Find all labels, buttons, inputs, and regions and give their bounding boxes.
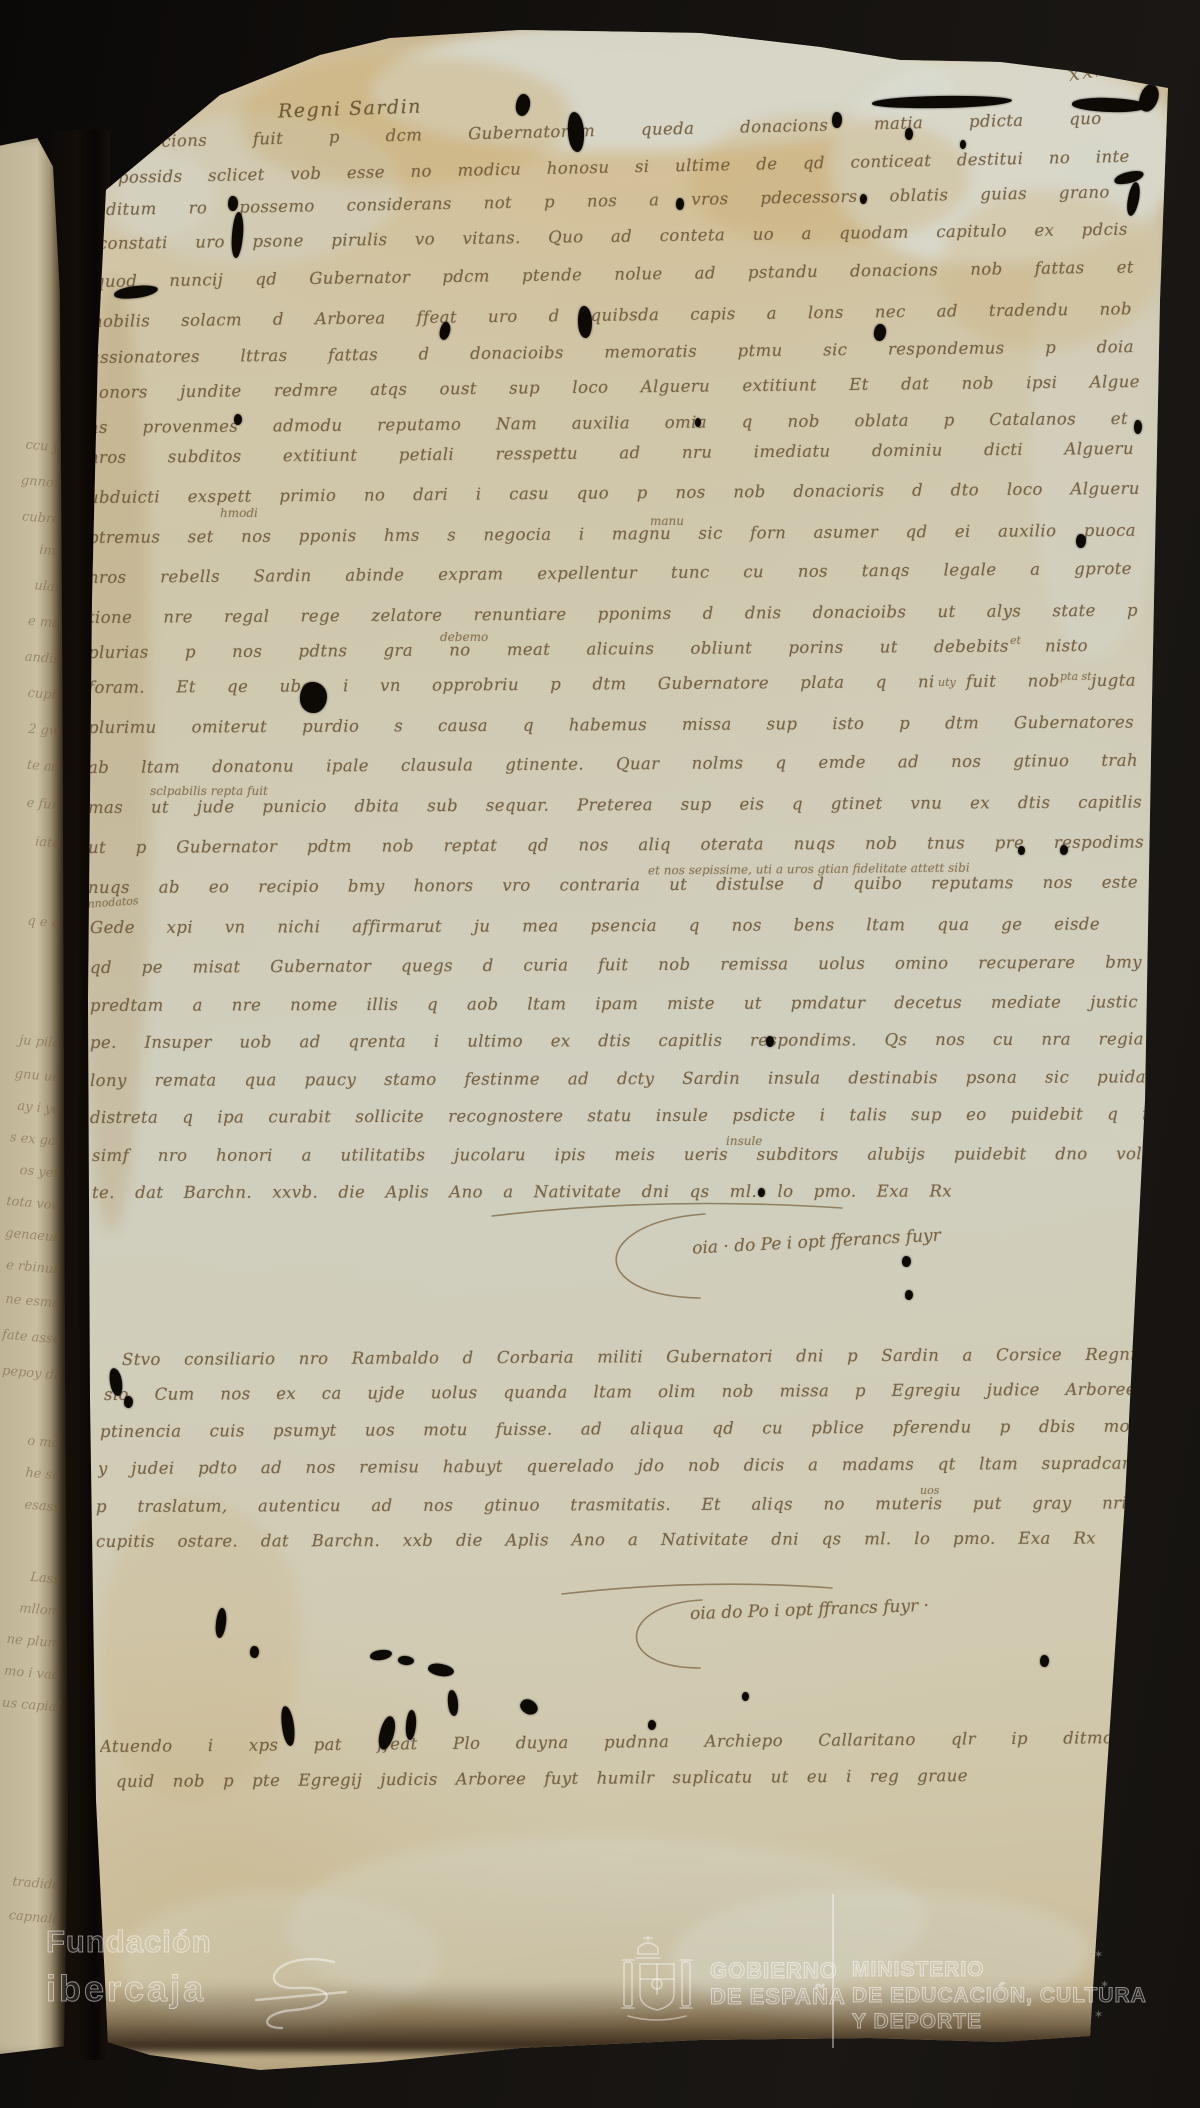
registration-note-2: oia do Po i opt ffrancs fuyr · xyxy=(690,1592,1042,1624)
ink-blot xyxy=(1040,1655,1049,1667)
ink-blot xyxy=(676,198,684,210)
bottom-edge-stain xyxy=(95,1982,1100,2052)
interlinear-note: ssy xyxy=(167,43,187,59)
manuscript-line: Gede xpi vn nichi affirmarut ju mea psen… xyxy=(90,914,1100,945)
manuscript-line: p traslatum, autenticu ad nos gtinuo tra… xyxy=(96,1493,1136,1524)
manuscript-line: tione nre regal rege zelatore renuntiare… xyxy=(88,601,1138,635)
ink-blot xyxy=(1134,420,1142,434)
manuscript-line: distreta q ipa curabit sollicite recogno… xyxy=(90,1104,1148,1135)
ink-blot xyxy=(832,112,842,128)
watermark-star-icon: ✶ xyxy=(1094,2008,1103,2021)
interlinear-note: sclpabilis repta fuit xyxy=(150,784,268,798)
ink-blot xyxy=(648,1720,656,1730)
ink-blot xyxy=(234,414,242,425)
ink-blot xyxy=(1018,846,1025,855)
manuscript-line: plurimu omiterut purdio s causa q habemu… xyxy=(88,713,1134,745)
interlinear-note: uos xyxy=(920,1484,939,1497)
ink-blot xyxy=(300,682,327,713)
ink-blot xyxy=(398,1655,415,1666)
manuscript-line: plurias p nos pdtns gra no meat alicuins… xyxy=(88,636,1088,670)
ink-blot xyxy=(447,1690,460,1717)
manuscript-line: predtam a nre nome illis q aob ltam ipam… xyxy=(90,992,1138,1023)
manuscript-line: ab ltam donatonu ipale clausula gtinente… xyxy=(88,751,1138,785)
ink-blot xyxy=(902,1256,911,1267)
interlinear-note: hmodi xyxy=(220,506,258,520)
manuscript-line: Stvo consiliario nro Rambaldo d Corbaria… xyxy=(122,1345,1136,1377)
manuscript-line: sio Cum nos ex ca ujde uolus quanda ltam… xyxy=(104,1380,1136,1412)
manuscript-line: foram. Et qe uba i vn opprobriu p dtm Gu… xyxy=(88,671,1136,705)
manuscript-line: nros rebells Sardin abinde expram expell… xyxy=(88,559,1132,595)
manuscript-line: simf nro honori a utilitatibs jucolaru i… xyxy=(92,1144,1142,1173)
photograph-backdrop: ccu ygnnorcubroimiulate maandiscuph2 gwt… xyxy=(0,0,1200,2108)
manuscript-line: pe. Insuper uob ad qrenta i ultimo ex dt… xyxy=(90,1029,1144,1060)
manuscript-line: cupitis ostare. dat Barchn. xxb die Apli… xyxy=(96,1529,1096,1559)
ink-blot xyxy=(742,1692,749,1701)
ink-blot xyxy=(250,1646,259,1658)
interlinear-note: et nos sepissime, uti a uros gtian fidel… xyxy=(648,861,970,878)
ink-blot xyxy=(860,194,867,204)
interlinear-note: pta st xyxy=(1060,670,1092,683)
manuscript-line: lony remata qua paucy stamo festinme ad … xyxy=(90,1067,1146,1098)
manuscript-line: honors jundite redmre atqs oust sup loco… xyxy=(88,372,1140,410)
manuscript-line: ut p Gubernator pdtm nob reptat qd nos a… xyxy=(88,832,1144,865)
ink-blot xyxy=(369,1649,392,1662)
interlinear-note: et xyxy=(1010,634,1021,647)
interlinear-note: debemo xyxy=(440,630,488,644)
manuscript-line: te. dat Barchn. xxvb. die Aplis Ano a Na… xyxy=(92,1181,952,1210)
manuscript-line: ptremus set nos pponis hms s negocia i m… xyxy=(88,521,1136,555)
ink-blot xyxy=(905,128,913,140)
ink-blot xyxy=(960,140,966,149)
manuscript-line: nros subditos extitiunt petiali resspett… xyxy=(88,439,1134,475)
watermark-star-icon: ✶ xyxy=(1100,1978,1109,1991)
manuscript-line: qd pe misat Gubernator quegs d curia fui… xyxy=(90,952,1142,985)
ink-blot xyxy=(1076,534,1086,548)
manuscript-line: nuqs ab eo recipio bmy honors vro contra… xyxy=(88,873,1138,905)
interlinear-note: insule xyxy=(726,1134,762,1148)
ink-blot xyxy=(758,1188,765,1197)
ink-blot xyxy=(766,1036,774,1047)
ink-blot xyxy=(124,1396,133,1408)
manuscript-page: Regni Sardin xxxv ccions fuit p dcm Gube… xyxy=(0,0,1200,2108)
interlinear-note: uty xyxy=(938,676,956,689)
ink-blot xyxy=(905,1290,913,1300)
ink-blot xyxy=(427,1662,455,1678)
ink-blot xyxy=(228,196,238,211)
ink-blot xyxy=(695,418,701,427)
interlinear-note: manu xyxy=(650,514,684,528)
manuscript-line: quid nob p pte Egregij judicis Arboree f… xyxy=(116,1766,968,1799)
manuscript-line: y judei pdto ad nos remisu habuyt querel… xyxy=(98,1454,1138,1486)
registration-note-1: oia · do Pe i opt fferancs fuyr xyxy=(692,1221,1023,1258)
ink-blot xyxy=(1060,845,1068,855)
manuscript-line: assionatores lttras fattas d donacioibs … xyxy=(90,337,1134,375)
manuscript-line: ptinencia cuis psumyt uos motu fuisse. a… xyxy=(100,1417,1130,1449)
ink-blot xyxy=(518,1696,541,1717)
